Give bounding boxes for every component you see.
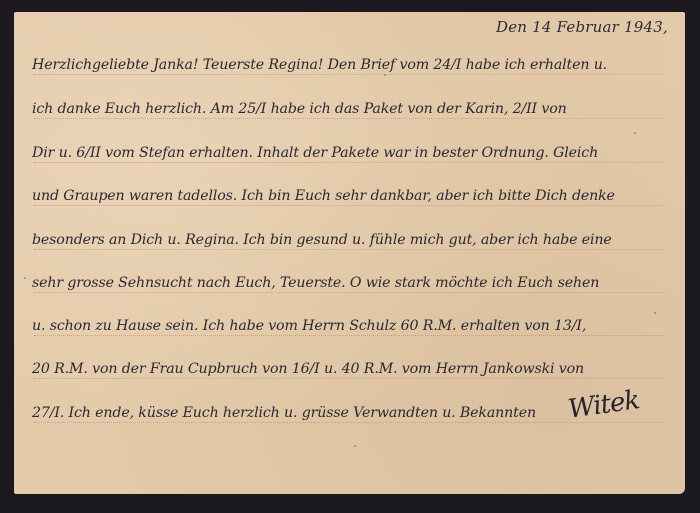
paper-speck [634,132,636,134]
letter-line-6: sehr grosse Sehnsucht nach Euch, Teuerst… [32,268,599,298]
letter-line-3: Dir u. 6/II vom Stefan erhalten. Inhalt … [32,138,598,168]
letter-line-2: ich danke Euch herzlich. Am 25/I habe ic… [32,94,567,124]
letter-line-7: u. schon zu Hause sein. Ich habe vom Her… [32,311,586,341]
letter-line-8: 20 R.M. von der Frau Cupbruch von 16/I u… [32,354,584,384]
letter-line-4: und Graupen waren tadellos. Ich bin Euch… [32,181,615,211]
letter-line-1: Herzlichgeliebte Janka! Teuerste Regina!… [32,50,607,80]
letter-line-9: 27/I. Ich ende, küsse Euch herzlich u. g… [32,398,536,428]
date-line: Den 14 Februar 1943, [496,18,668,36]
signature: Witek [566,385,641,425]
postcard: Den 14 Februar 1943, Herzlichgeliebte Ja… [14,12,685,494]
paper-speck [24,277,26,279]
paper-speck [354,445,356,447]
paper-speck [384,74,386,76]
letter-line-5: besonders an Dich u. Regina. Ich bin ges… [32,225,612,255]
paper-speck [654,312,656,314]
